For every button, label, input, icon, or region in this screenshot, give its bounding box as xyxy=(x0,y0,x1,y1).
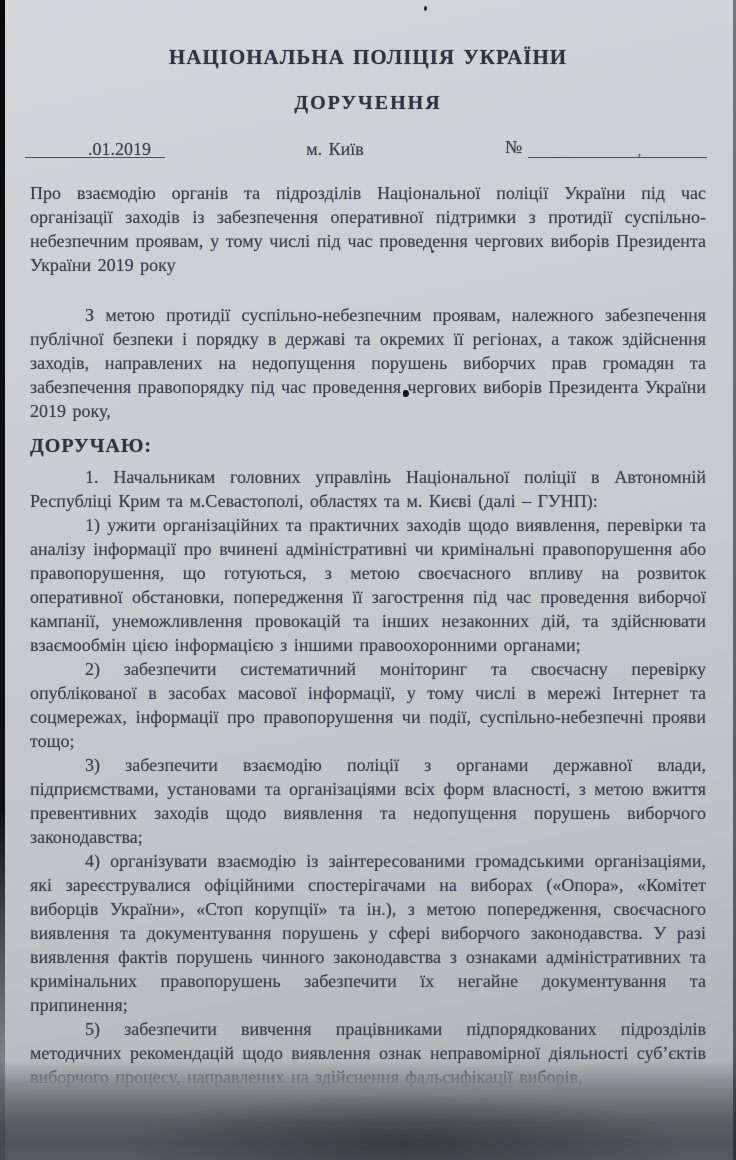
number-blank-line xyxy=(528,136,707,158)
org-title: НАЦІОНАЛЬНА ПОЛІЦІЯ УКРАЇНИ xyxy=(30,44,706,70)
dateline-row: .01.2019 м. Київ № , xyxy=(30,137,706,161)
number-line-ink-mark: , xyxy=(638,139,641,163)
city-label: м. Київ xyxy=(285,137,385,161)
subject-paragraph: Про взаємодію органів та підрозділів Нац… xyxy=(30,181,706,277)
number-sign-label: № xyxy=(505,137,528,158)
directive-item-2: 2) забезпечити систематичний моніторинг … xyxy=(30,657,706,753)
document-number-field: № , xyxy=(505,137,707,158)
ink-speck xyxy=(431,250,434,253)
directive-item-1: 1) ужити організаційних та практичних за… xyxy=(30,513,706,657)
date-field: .01.2019 xyxy=(25,137,165,158)
directive-item-3: 3) забезпечити взаємодію поліції з орган… xyxy=(30,753,706,849)
directive-heading: ДОРУЧАЮ: xyxy=(30,433,706,459)
photo-bottom-shadow xyxy=(0,1060,736,1160)
preamble-paragraph: З метою протидії суспільно-небезпечним п… xyxy=(30,303,706,423)
ink-speck xyxy=(403,390,409,397)
directive-item-4: 4) організувати взаємодію із заінтересов… xyxy=(30,849,706,1017)
doc-type-title: ДОРУЧЕННЯ xyxy=(30,91,706,115)
directive-items: 1. Начальникам головних управлінь Націон… xyxy=(30,465,706,1089)
photo-left-edge xyxy=(0,0,5,1160)
ink-speck xyxy=(424,6,427,11)
addressees-paragraph: 1. Начальникам головних управлінь Націон… xyxy=(30,465,706,513)
document-page: НАЦІОНАЛЬНА ПОЛІЦІЯ УКРАЇНИ ДОРУЧЕННЯ .0… xyxy=(0,44,736,1089)
scanned-document-photo: НАЦІОНАЛЬНА ПОЛІЦІЯ УКРАЇНИ ДОРУЧЕННЯ .0… xyxy=(0,0,736,1160)
